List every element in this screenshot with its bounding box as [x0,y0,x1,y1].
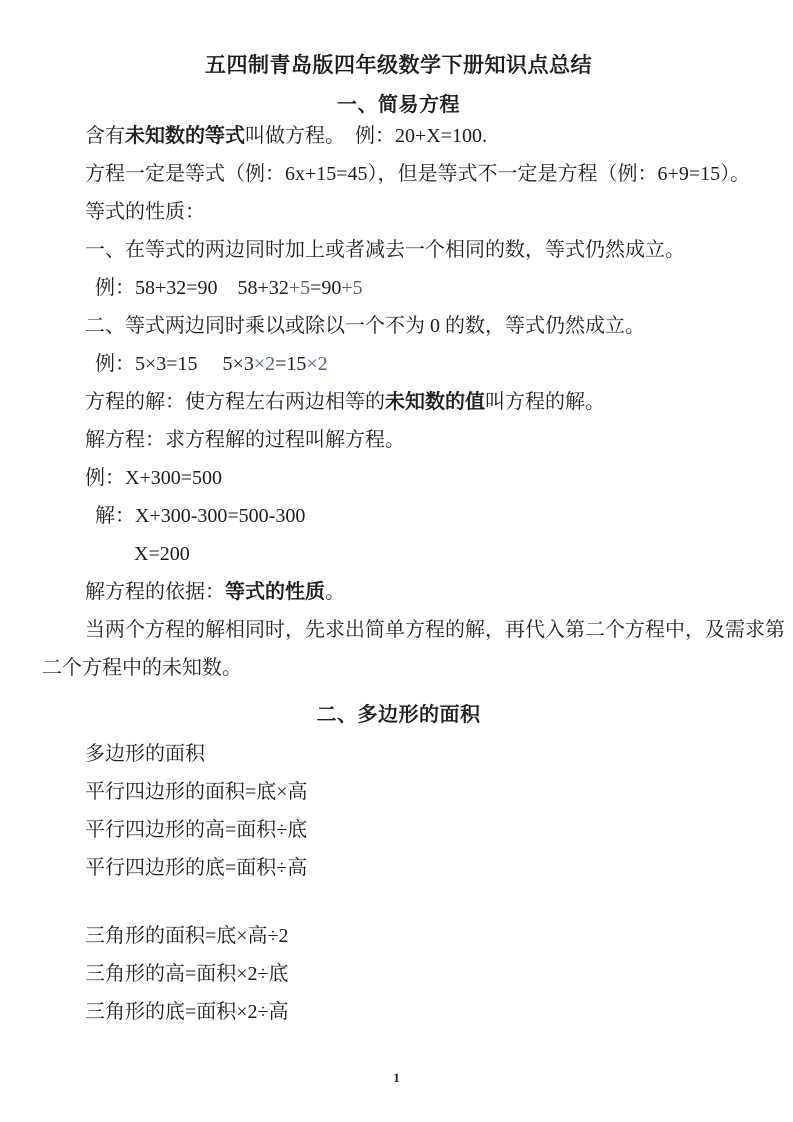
paragraph: 例：X+300=500 [42,459,755,497]
text-segment: 叫方程的解。 [485,391,605,413]
text-segment: 多边形的面积 [85,743,205,765]
text-segment: 解方程：求方程解的过程叫解方程。 [85,429,405,451]
document-page: 五四制青岛版四年级数学下册知识点总结 一、简易方程含有未知数的等式叫做方程。 例… [0,0,793,1122]
text-segment: 平行四边形的底=面积÷高 [85,857,307,879]
text-segment: 解：X+300-300=500-300 [95,505,305,527]
bold-term: 未知数的值 [385,391,485,413]
text-segment: 当两个方程的解相同时，先求出简单方程的解，再代入第二个方程中，及需求第 [85,619,785,641]
text-segment: 。 [325,581,345,603]
paragraph: 方程的解：使方程左右两边相等的未知数的值叫方程的解。 [42,383,755,421]
paragraph: 解方程：求方程解的过程叫解方程。 [42,421,755,459]
text-segment: 例：58+32=90 58+32 [95,277,289,299]
paragraph: 例：58+32=90 58+32+5=90+5 [42,269,755,307]
text-segment: 二、等式两边同时乘以或除以一个不为 0 的数，等式仍然成立。 [85,315,645,337]
text-segment: 等式的性质： [85,201,205,223]
paragraph: 三角形的底=面积×2÷高 [42,993,755,1031]
text-segment: =90 [310,277,341,299]
text-segment: X=200 [134,543,190,565]
highlighted-term: ×2 [254,353,275,375]
paragraph: 解方程的依据：等式的性质。 [42,573,755,611]
text-segment: 方程的解：使方程左右两边相等的 [85,391,385,413]
page-number: 1 [0,1070,793,1086]
paragraph: 平行四边形的底=面积÷高 [42,849,755,887]
paragraph: 平行四边形的高=面积÷底 [42,811,755,849]
paragraph: 一、在等式的两边同时加上或者减去一个相同的数，等式仍然成立。 [42,231,755,269]
text-segment: 一、在等式的两边同时加上或者减去一个相同的数，等式仍然成立。 [85,239,685,261]
paragraph: 平行四边形的面积=底×高 [42,773,755,811]
paragraph: 二、等式两边同时乘以或除以一个不为 0 的数，等式仍然成立。 [42,307,755,345]
section-heading: 一、简易方程 [42,93,755,117]
paragraph: 解：X+300-300=500-300 [42,497,755,535]
paragraph: 含有未知数的等式叫做方程。 例：20+X=100. [42,117,755,155]
paragraph: 等式的性质： [42,193,755,231]
blank-line [42,887,755,917]
text-segment: 叫做方程。 例：20+X=100. [245,125,487,147]
text-segment: 例：5×3=15 5×3 [95,353,254,375]
paragraph: 多边形的面积 [42,735,755,773]
text-segment: 例：X+300=500 [85,467,222,489]
paragraph: 当两个方程的解相同时，先求出简单方程的解，再代入第二个方程中，及需求第 [42,611,755,649]
paragraph: 三角形的高=面积×2÷底 [42,955,755,993]
bold-term: 等式的性质 [225,581,325,603]
paragraph: 方程一定是等式（例：6x+15=45），但是等式不一定是方程（例：6+9=15）… [42,155,755,193]
text-segment: 平行四边形的面积=底×高 [85,781,308,803]
paragraph: 三角形的面积=底×高÷2 [42,917,755,955]
document-content: 五四制青岛版四年级数学下册知识点总结 一、简易方程含有未知数的等式叫做方程。 例… [0,0,793,1031]
highlighted-term: ×2 [306,353,327,375]
text-segment: =15 [275,353,306,375]
text-segment: 方程一定是等式（例：6x+15=45），但是等式不一定是方程（例：6+9=15）… [85,163,750,185]
paragraph: 例：5×3=15 5×3×2=15×2 [42,345,755,383]
text-segment: 三角形的面积=底×高÷2 [85,925,289,947]
text-segment: 平行四边形的高=面积÷底 [85,819,307,841]
section-heading: 二、多边形的面积 [42,703,755,727]
paragraph: 二个方程中的未知数。 [42,649,755,687]
text-segment: 三角形的高=面积×2÷底 [85,963,289,985]
highlighted-term: +5 [289,277,310,299]
section-lines: 含有未知数的等式叫做方程。 例：20+X=100.方程一定是等式（例：6x+15… [42,117,755,687]
text-segment: 三角形的底=面积×2÷高 [85,1001,289,1023]
document-title: 五四制青岛版四年级数学下册知识点总结 [42,52,755,80]
section-lines: 多边形的面积平行四边形的面积=底×高平行四边形的高=面积÷底平行四边形的底=面积… [42,735,755,1031]
document-body: 一、简易方程含有未知数的等式叫做方程。 例：20+X=100.方程一定是等式（例… [42,93,755,1031]
paragraph: X=200 [42,535,755,573]
text-segment: 二个方程中的未知数。 [42,657,242,679]
text-segment: 解方程的依据： [85,581,225,603]
highlighted-term: +5 [341,277,362,299]
bold-term: 未知数的等式 [125,125,245,147]
text-segment: 含有 [85,125,125,147]
